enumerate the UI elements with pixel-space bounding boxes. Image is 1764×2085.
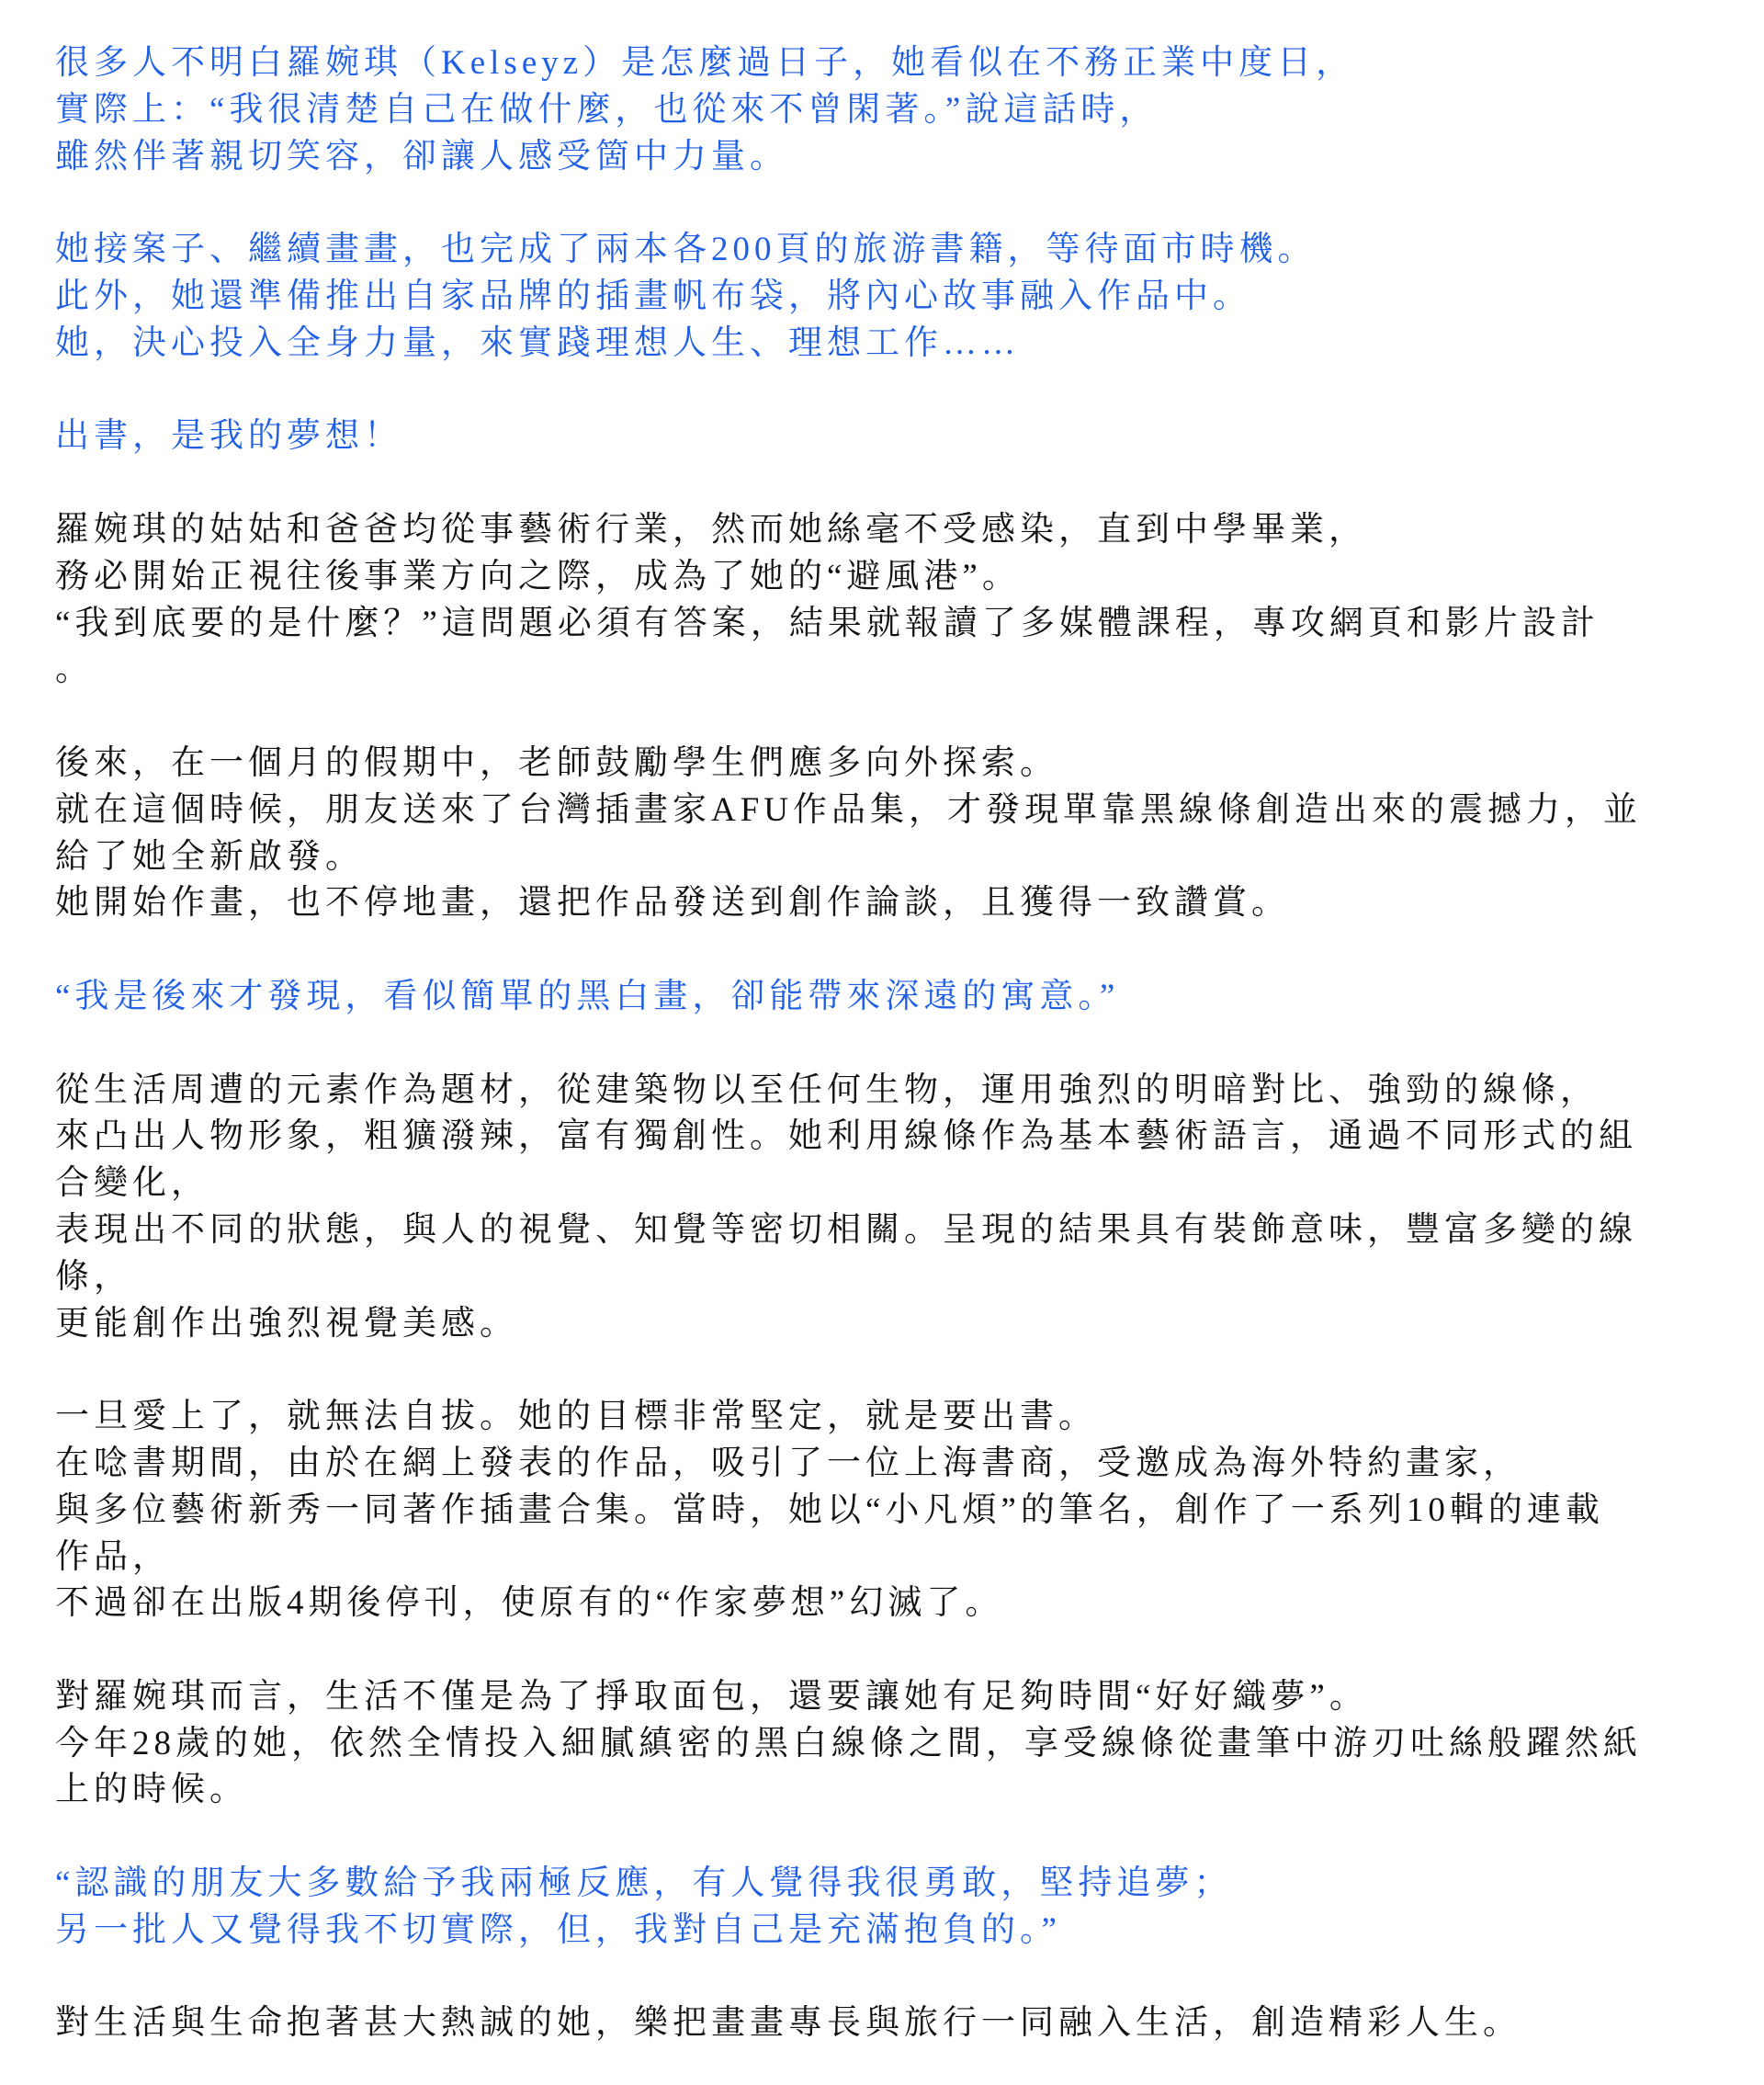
text-line: 對羅婉琪而言，生活不僅是為了掙取面包，還要讓她有足夠時間“好好織夢”。 [55, 1674, 1709, 1721]
text-line: 從生活周遭的元素作為題材，從建築物以至任何生物，運用強烈的明暗對比、強勁的線條， [55, 1068, 1709, 1115]
text-line: 今年28歲的她，依然全情投入細膩縝密的黑白線條之間，享受線條從畫筆中游刃吐絲般躍… [55, 1721, 1709, 1768]
text-line: 更能創作出強烈視覺美感。 [55, 1301, 1709, 1348]
body-paragraph-publishing: 一旦愛上了，就無法自拔。她的目標非常堅定，就是要出書。 在唸書期間，由於在網上發… [55, 1394, 1709, 1627]
text-line: 她開始作畫，也不停地畫，還把作品發送到創作論談，且獲得一致讚賞。 [55, 880, 1709, 927]
intro-paragraph: 很多人不明白羅婉琪（Kelseyz）是怎麼過日子，她看似在不務正業中度日， 實際… [55, 40, 1709, 180]
text-line: 就在這個時候，朋友送來了台灣插畫家AFU作品集，才發現單靠黑線條創造出來的震撼力… [55, 788, 1709, 834]
pull-quote: “我是後來才發現，看似簡單的黑白畫，卻能帶來深遠的寓意。” [55, 974, 1709, 1021]
text-line: 來凸出人物形象，粗獷潑辣，富有獨創性。她利用線條作為基本藝術語言，通過不同形式的… [55, 1114, 1709, 1161]
body-paragraph-inspiration: 後來，在一個月的假期中，老師鼓勵學生們應多向外探索。 就在這個時候，朋友送來了台… [55, 741, 1709, 927]
article-body: 很多人不明白羅婉琪（Kelseyz）是怎麼過日子，她看似在不務正業中度日， 實際… [55, 40, 1709, 2047]
quote-line: “我是後來才發現，看似簡單的黑白畫，卻能帶來深遠的寓意。” [55, 974, 1709, 1021]
text-line: 她接案子、繼續畫畫，也完成了兩本各200頁的旅游書籍，等待面市時機。 [55, 227, 1709, 274]
quote-line: 另一批人又覺得我不切實際，但，我對自己是充滿抱負的。” [55, 1908, 1709, 1955]
text-line: 上的時候。 [55, 1767, 1709, 1814]
text-line: 合變化， [55, 1161, 1709, 1207]
body-paragraph-style: 從生活周遭的元素作為題材，從建築物以至任何生物，運用強烈的明暗對比、強勁的線條，… [55, 1068, 1709, 1348]
body-paragraph-background: 羅婉琪的姑姑和爸爸均從事藝術行業，然而她絲毫不受感染，直到中學畢業， 務必開始正… [55, 507, 1709, 694]
text-line: 對生活與生命抱著甚大熱誠的她，樂把畫畫專長與旅行一同融入生活，創造精彩人生。 [55, 2000, 1709, 2047]
text-line: 與多位藝術新秀一同著作插畫合集。當時，她以“小凡煩”的筆名，創作了一系列10輯的… [55, 1488, 1709, 1535]
body-paragraph-present: 對羅婉琪而言，生活不僅是為了掙取面包，還要讓她有足夠時間“好好織夢”。 今年28… [55, 1674, 1709, 1814]
text-line: 條， [55, 1254, 1709, 1301]
text-line: “我到底要的是什麼？”這問題必須有答案，結果就報讀了多媒體課程，專攻網頁和影片設… [55, 601, 1709, 648]
text-line: 一旦愛上了，就無法自拔。她的目標非常堅定，就是要出書。 [55, 1394, 1709, 1441]
text-line: 後來，在一個月的假期中，老師鼓勵學生們應多向外探索。 [55, 741, 1709, 788]
text-line: 在唸書期間，由於在網上發表的作品，吸引了一位上海書商，受邀成為海外特約畫家， [55, 1441, 1709, 1488]
section-heading: 出書，是我的夢想！ [55, 414, 1709, 460]
text-line: 作品， [55, 1535, 1709, 1581]
text-line: 此外，她還準備推出自家品牌的插畫帆布袋，將內心故事融入作品中。 [55, 274, 1709, 321]
text-line: 雖然伴著親切笑容，卻讓人感受箇中力量。 [55, 134, 1709, 181]
conclusion-paragraph: 對生活與生命抱著甚大熱誠的她，樂把畫畫專長與旅行一同融入生活，創造精彩人生。 [55, 2000, 1709, 2047]
heading-text: 出書，是我的夢想！ [55, 414, 1709, 460]
text-line: 不過卻在出版4期後停刊，使原有的“作家夢想”幻滅了。 [55, 1581, 1709, 1627]
text-line: 務必開始正視往後事業方向之際，成為了她的“避風港”。 [55, 554, 1709, 601]
quote-line: “認識的朋友大多數給予我兩極反應，有人覺得我很勇敢，堅持追夢； [55, 1861, 1709, 1908]
text-line: 很多人不明白羅婉琪（Kelseyz）是怎麼過日子，她看似在不務正業中度日， [55, 40, 1709, 87]
intro-paragraph-plans: 她接案子、繼續畫畫，也完成了兩本各200頁的旅游書籍，等待面市時機。 此外，她還… [55, 227, 1709, 367]
text-line: 羅婉琪的姑姑和爸爸均從事藝術行業，然而她絲毫不受感染，直到中學畢業， [55, 507, 1709, 554]
text-line: 表現出不同的狀態，與人的視覺、知覺等密切相關。呈現的結果具有裝飾意味，豐富多變的… [55, 1207, 1709, 1254]
text-line: 給了她全新啟發。 [55, 834, 1709, 881]
text-line: 實際上：“我很清楚自己在做什麼，也從來不曾閑著。”說這話時， [55, 87, 1709, 134]
pull-quote-friends: “認識的朋友大多數給予我兩極反應，有人覺得我很勇敢，堅持追夢； 另一批人又覺得我… [55, 1861, 1709, 1955]
text-line: 。 [55, 647, 1709, 694]
text-line: 她，決心投入全身力量，來實踐理想人生、理想工作…… [55, 321, 1709, 368]
